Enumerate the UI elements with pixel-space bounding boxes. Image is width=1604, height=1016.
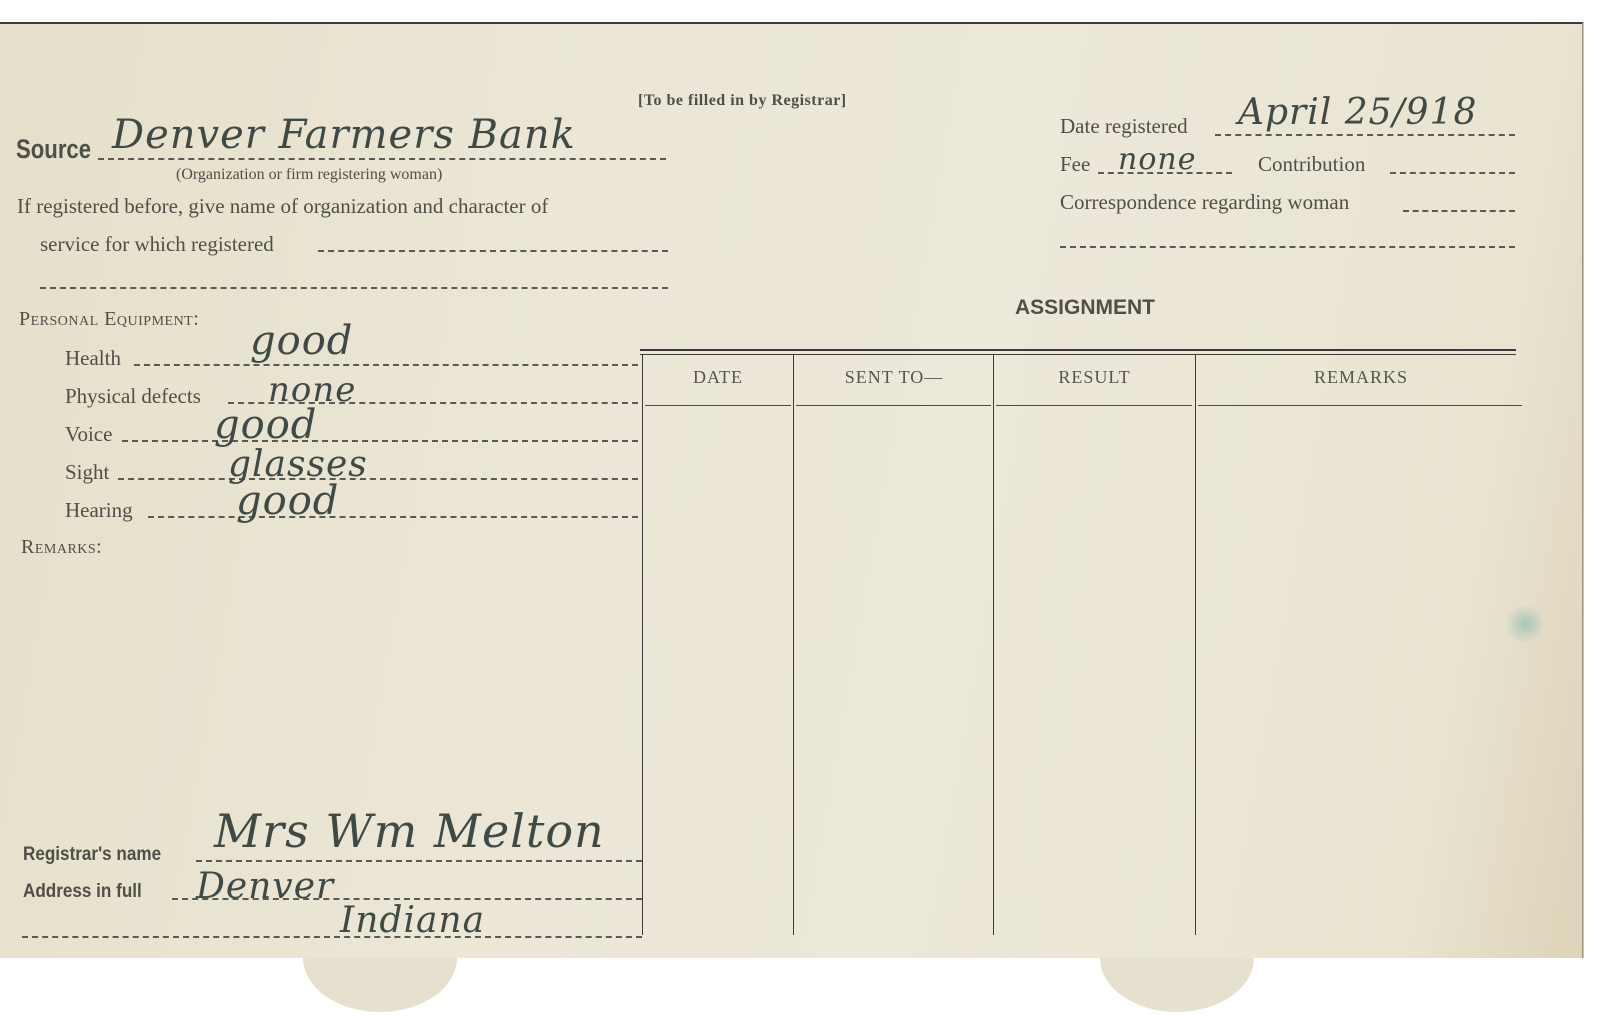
- column-header-sent-to: SENT TO—: [794, 367, 994, 388]
- assignment-sent-to-cell[interactable]: [794, 408, 993, 934]
- correspondence-label: Correspondence regarding woman: [1060, 190, 1349, 215]
- address-value-line1[interactable]: Denver: [196, 866, 334, 907]
- assignment-remarks-cell[interactable]: [1196, 408, 1522, 934]
- remarks-label: Remarks:: [21, 536, 102, 559]
- hearing-label: Hearing: [65, 498, 133, 523]
- header-underline: [996, 405, 1192, 406]
- source-line: [98, 158, 666, 160]
- personal-equipment-heading: Personal Equipment:: [19, 308, 199, 331]
- registrar-name-value[interactable]: Mrs Wm Melton: [214, 804, 605, 858]
- physical-defects-label: Physical defects: [65, 384, 201, 409]
- header-underline: [796, 405, 991, 406]
- header-underline: [645, 405, 791, 406]
- header-underline: [1198, 405, 1522, 406]
- previous-registration-label-2: service for which registered: [40, 232, 274, 257]
- address-value-line2[interactable]: Indiana: [340, 900, 485, 941]
- table-top-rule: [640, 349, 1516, 351]
- health-line: [134, 364, 638, 366]
- address-line-2: [22, 936, 642, 938]
- date-registered-line: [1215, 134, 1515, 136]
- remarks-area[interactable]: [21, 569, 621, 789]
- date-registered-value[interactable]: April 25/918: [1238, 92, 1477, 133]
- fee-value[interactable]: none: [1118, 142, 1196, 177]
- table-top-rule-2: [640, 354, 1516, 355]
- hearing-line: [148, 516, 638, 518]
- registrar-note: [To be filled in by Registrar]: [638, 92, 847, 110]
- sight-line: [118, 478, 638, 480]
- health-label: Health: [65, 346, 121, 371]
- voice-line: [122, 440, 638, 442]
- voice-value[interactable]: good: [214, 402, 317, 448]
- voice-label: Voice: [65, 422, 112, 447]
- correspondence-line-2[interactable]: [1060, 246, 1515, 248]
- column-header-result: RESULT: [994, 367, 1195, 388]
- sight-label: Sight: [65, 460, 109, 485]
- registration-card: [To be filled in by Registrar] Source De…: [0, 22, 1583, 958]
- address-label: Address in full: [23, 881, 142, 903]
- assignment-title: ASSIGNMENT: [1015, 296, 1155, 320]
- registrar-name-line: [196, 860, 642, 862]
- column-header-remarks: REMARKS: [1196, 367, 1526, 388]
- previous-registration-label: If registered before, give name of organ…: [17, 194, 548, 219]
- health-value[interactable]: good: [250, 318, 353, 364]
- source-value[interactable]: Denver Farmers Bank: [112, 112, 576, 158]
- assignment-result-cell[interactable]: [994, 408, 1195, 934]
- contribution-label: Contribution: [1258, 152, 1365, 177]
- previous-registration-line[interactable]: [318, 250, 668, 252]
- ink-stain: [1505, 604, 1545, 644]
- hearing-value[interactable]: good: [236, 478, 339, 524]
- fee-label: Fee: [1060, 152, 1090, 177]
- contribution-line[interactable]: [1390, 172, 1515, 174]
- correspondence-line[interactable]: [1403, 210, 1515, 212]
- column-header-date: DATE: [643, 367, 793, 388]
- previous-registration-line-2[interactable]: [40, 287, 668, 289]
- source-sublabel: (Organization or firm registering woman): [176, 166, 442, 184]
- source-label: Source: [16, 134, 91, 165]
- assignment-date-cell[interactable]: [643, 408, 793, 934]
- registrar-name-label: Registrar's name: [23, 844, 161, 866]
- date-registered-label: Date registered: [1060, 114, 1188, 139]
